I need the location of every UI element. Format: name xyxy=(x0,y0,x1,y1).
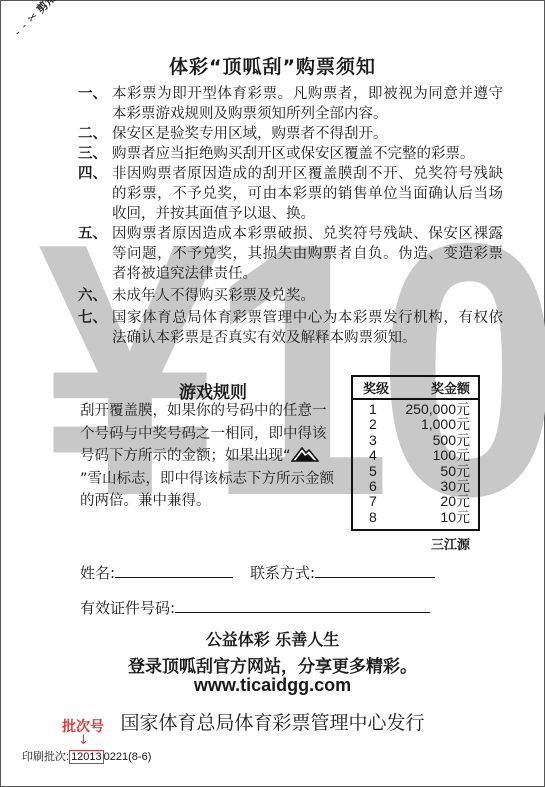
rule-item: 四、非因购票者原因造成的刮开区覆盖膜刮不开、兑奖符号残缺的彩票，不予兑奖，可由本… xyxy=(78,164,503,224)
table-row: 21,000元 xyxy=(353,417,478,432)
arrow-down-icon: ↓ xyxy=(78,733,89,748)
table-row: 1250,000元 xyxy=(353,402,478,417)
purchase-rules-list: 一、本彩票为即开型体育彩票。凡购票者，即被视为同意并遵守本彩票游戏规则及购票须知… xyxy=(78,84,503,348)
rule-item: 一、本彩票为即开型体育彩票。凡购票者，即被视为同意并遵守本彩票游戏规则及购票须知… xyxy=(78,84,503,124)
snow-mountain-icon xyxy=(291,446,319,462)
id-number-field[interactable]: 有效证件号码: xyxy=(80,597,430,618)
id-number-blank[interactable] xyxy=(175,598,430,613)
table-row: 3500元 xyxy=(353,433,478,448)
game-rules-text: 刮开覆盖膜，如果你的号码中的任意一个号码与中奖号码之一相同，即中得该号码下方所示… xyxy=(80,400,340,513)
rule-item: 五、因购票者原因造成本彩票破损、兑奖符号残缺、保安区裸露等问题，不予兑奖，其损失… xyxy=(78,224,503,284)
ticket-content: - - ✂ 剪角作废 体彩“顶呱刮”购票须知 一、本彩票为即开型体育彩票。凡购票… xyxy=(0,0,545,787)
print-batch: 印刷批次:120130221(8-6) xyxy=(22,748,151,764)
cut-corner-mark: - - ✂ 剪角作废 xyxy=(10,0,75,39)
rule-item: 二、保安区是验奖专用区域，购票者不得刮开。 xyxy=(78,124,503,144)
table-row: 550元 xyxy=(353,464,478,479)
name-blank[interactable] xyxy=(115,563,233,578)
rule-item: 三、购票者应当拒绝购买刮开区或保安区覆盖不完整的彩票。 xyxy=(78,144,503,164)
table-row: 720元 xyxy=(353,494,478,509)
table-row: 630元 xyxy=(353,479,478,494)
prize-table: 奖级 奖金额 1250,000元 21,000元 3500元 4100元 550… xyxy=(351,375,480,531)
prize-table-header: 奖级 奖金额 xyxy=(353,377,478,400)
table-row: 810元 xyxy=(353,510,478,525)
contact-blank[interactable] xyxy=(315,563,435,578)
page-title: 体彩“顶呱刮”购票须知 xyxy=(0,52,545,79)
contact-field[interactable]: 联系方式: xyxy=(250,562,435,583)
table-row: 4100元 xyxy=(353,448,478,463)
slogan: 公益体彩 乐善人生 xyxy=(0,627,545,650)
rule-item: 七、国家体育总局体育彩票管理中心为本彩票发行机构，有权依法确认本彩票是否真实有效… xyxy=(78,308,503,348)
batch-number-highlight: 12013 xyxy=(69,750,104,764)
website-url[interactable]: www.ticaidgg.com xyxy=(0,675,545,696)
website-promo: 登录顶呱刮官方网站，分享更多精彩。 xyxy=(0,652,545,677)
cut-corner-label: 剪角作废 xyxy=(34,0,74,16)
name-field[interactable]: 姓名: xyxy=(80,562,233,583)
rule-item: 六、未成年人不得购买彩票及兑奖。 xyxy=(78,286,503,306)
ticket-theme-name: 三江源 xyxy=(431,534,470,553)
